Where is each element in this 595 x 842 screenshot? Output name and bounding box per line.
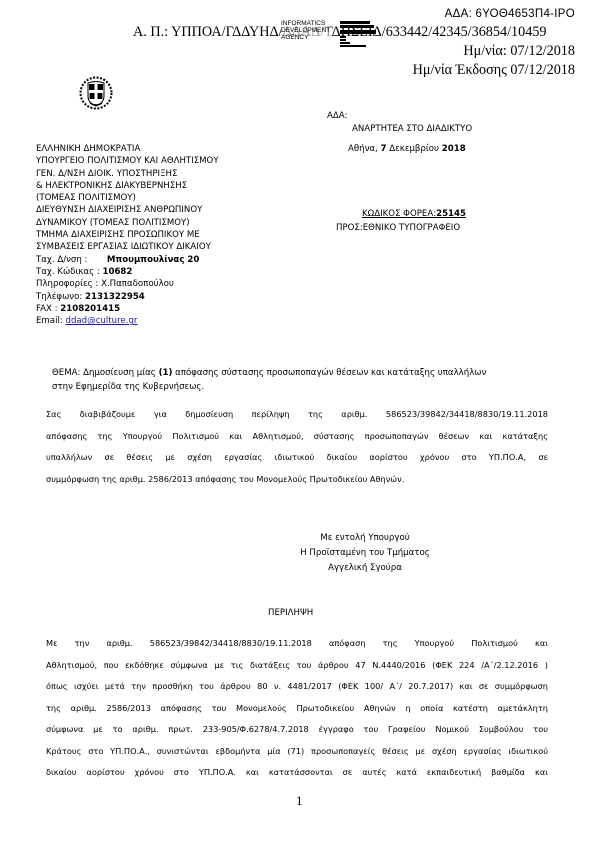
signature-line: Η Προϊσταμένη του Τμήματος [300,546,430,561]
phone-row: Τηλέφωνο: 2131322954 [36,291,219,303]
summary-line: δικαίου αορίστου χρόνου στο ΥΠ.ΠΟ.Α. και… [46,762,548,784]
document-date: Ημ/νία: 07/12/2018 [463,43,575,60]
signature-line: Αγγελική Σγούρα [300,561,430,576]
body-line: απόφασης της Υπουργού Πολιτισμού και Αθλ… [46,426,548,448]
subject: ΘΕΜΑ: Δημοσίευση μίας (1) απόφασης σύστα… [52,366,486,394]
signature-block: Με εντολή Υπουργού Η Προϊσταμένη του Τμή… [300,531,430,576]
body-line: συμμόρφωση της αριθμ. 2586/2013 απόφασης… [46,469,548,491]
sender-line: ΔΥΝΑΜΙΚΟΥ (ΤΟΜΕΑΣ ΠΟΛΙΤΙΣΜΟΥ) [36,217,219,229]
email-row: Email: ddad@culture.gr [36,315,219,327]
sender-line: ΓΕΝ. Δ/ΝΣΗ ΔΙΟΙΚ. ΥΠΟΣΤΗΡΙΞΗΣ [36,168,219,180]
summary-line: της αριθμ. 2586/2013 απόφασης του Μονομε… [46,698,548,720]
summary-paragraph: Με την αριθμ. 586523/39842/34418/8830/19… [46,633,548,784]
place-date-year: 2018 [442,144,466,154]
stamp-line: DEVELOPMENT [281,27,330,34]
address-row: Ταχ. Δ/νση : Μπουμπουλίνας 20 [36,254,219,266]
summary-line: όπως ισχύει μετά την προσθήκη του άρθρου… [46,676,548,698]
fax-value: 2108201415 [60,304,120,314]
subject-label: ΘΕΜΑ: [52,368,80,378]
info-value: Χ.Παπαδοπούλου [101,279,174,289]
fax-label: FAX : [36,304,58,314]
sender-line: ΤΜΗΜΑ ΔΙΑΧΕΙΡΙΣΗΣ ΠΡΟΣΩΠΙΚΟΥ ΜΕ [36,229,219,241]
subject-line-2: στην Εφημερίδα της Κυβερνήσεως. [52,380,486,394]
fax-row: FAX : 2108201415 [36,303,219,315]
info-label: Πληροφορίες : [36,279,98,289]
stamp-signature-block [340,21,376,47]
issue-date: Ημ/νία Έκδοσης 07/12/2018 [413,62,575,79]
sender-line: ΥΠΟΥΡΓΕΙΟ ΠΟΛΙΤΙΣΜΟΥ ΚΑΙ ΑΘΛΗΤΙΣΜΟΥ [36,155,219,167]
body-line: υπαλλήλων σε θέσεις με σχέση εργασίας ιδ… [46,447,548,469]
agency-code-value: 25145 [436,209,466,219]
phone-value: 2131322954 [85,292,145,302]
body-line: Σας διαβιβάζουμε για δημοσίευση περίληψη… [46,404,548,426]
signature-line: Με εντολή Υπουργού [300,531,430,546]
place-date: Αθήνα, 7 Δεκεμβρίου 2018 [348,144,466,154]
sender-line: & ΗΛΕΚΤΡΟΝΙΚΗΣ ΔΙΑΚΥΒΕΡΝΗΣΗΣ [36,180,219,192]
summary-title: ΠΕΡΙΛΗΨΗ [268,608,313,618]
sender-line: ΕΛΛΗΝΙΚΗ ΔΗΜΟΚΡΑΤΙΑ [36,143,219,155]
greek-coat-of-arms-icon [79,76,113,110]
sender-line: ΣΥΜΒΑΣΕΙΣ ΕΡΓΑΣΙΑΣ ΙΔΙΩΤΙΚΟΥ ΔΙΚΑΙΟΥ [36,241,219,253]
subject-text: Δημοσίευση μίας [80,368,158,378]
page-number: 1 [296,793,303,809]
sender-block: ΕΛΛΗΝΙΚΗ ΔΗΜΟΚΡΑΤΙΑ ΥΠΟΥΡΓΕΙΟ ΠΟΛΙΤΙΣΜΟΥ… [36,143,219,327]
ada-code: ΑΔΑ: 6ΥΟΘ4653Π4-ΙΡΟ [445,8,575,20]
subject-text: απόφασης σύστασης προσωποπαγών θέσεων κα… [172,368,486,378]
postcode-value: 10682 [102,267,132,277]
address-value: Μπουμπουλίνας 20 [107,255,199,265]
address-label: Ταχ. Δ/νση : [36,255,87,265]
agency-code-label: ΚΩΔΙΚΟΣ ΦΟΡΕΑ: [362,209,436,219]
agency-code: ΚΩΔΙΚΟΣ ΦΟΡΕΑ:25145 [362,209,466,219]
summary-line: Με την αριθμ. 586523/39842/34418/8830/19… [46,633,548,655]
summary-line: Κράτους στο ΥΠ.ΠΟ.Α., συνιστώνται εβδομή… [46,741,548,763]
place-date-month: Δεκεμβρίου [387,144,442,154]
summary-line: σύμφωνα με το αριθμ. πρωτ. 233-905/Φ.627… [46,719,548,741]
body-paragraph: Σας διαβιβάζουμε για δημοσίευση περίληψη… [46,404,548,490]
informatics-stamp: INFORMATICS DEVELOPMENT AGENCY [281,20,330,41]
phone-label: Τηλέφωνο: [36,292,82,302]
postcode-label: Ταχ. Κώδικας : [36,267,100,277]
sender-line: ΔΙΕΥΘΥΝΣΗ ΔΙΑΧΕΙΡΙΣΗΣ ΑΝΘΡΩΠΙΝΟΥ [36,204,219,216]
email-label: Email: [36,316,63,326]
place-date-prefix: Αθήνα, [348,144,381,154]
stamp-line: AGENCY [281,34,330,41]
email-link[interactable]: ddad@culture.gr [65,316,137,326]
subject-line-1: ΘΕΜΑ: Δημοσίευση μίας (1) απόφασης σύστα… [52,366,486,380]
sender-line: (ΤΟΜΕΑΣ ΠΟΛΙΤΙΣΜΟΥ) [36,192,219,204]
summary-line: Αθλητισμού, που εκδόθηκε σύμφωνα με τις … [46,655,548,677]
post-online-notice: ΑΝΑΡΤΗΤΕΑ ΣΤΟ ΔΙΑΔΙΚΤΥΟ [352,124,472,134]
recipient: ΠΡΟΣ:ΕΘΝΙΚΟ ΤΥΠΟΓΡΑΦΕΙΟ [336,223,460,233]
info-row: Πληροφορίες : Χ.Παπαδοπούλου [36,278,219,290]
subject-count: (1) [159,368,173,378]
postcode-row: Ταχ. Κώδικας : 10682 [36,266,219,278]
stamp-line: INFORMATICS [281,20,330,27]
ada-label: ΑΔΑ: [327,111,348,121]
